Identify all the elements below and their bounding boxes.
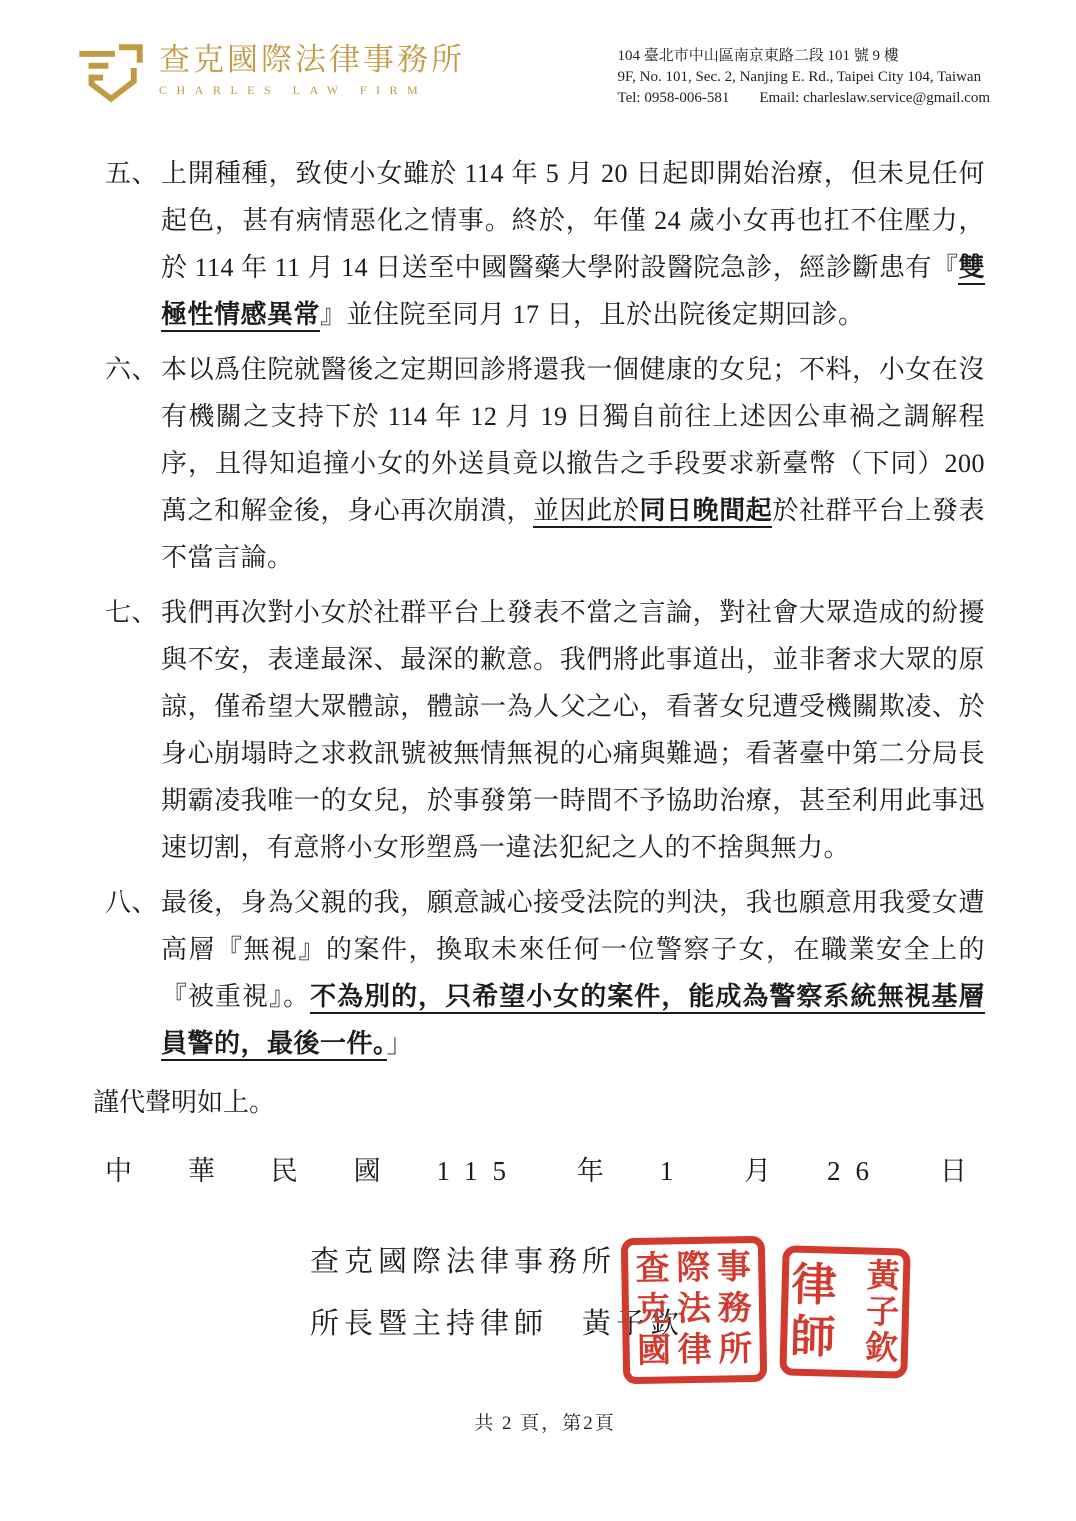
seal-character: 師 [790,1311,836,1364]
closing-statement: 謹代聲明如上。 [93,1079,985,1126]
seal-character: 欽 [865,1331,899,1368]
date-token: 日 [940,1147,967,1195]
paragraph-8: 八、最後，身為父親的我，願意誠心接受法院的判決，我也願意用我愛女遭高層『無視』的… [105,879,985,1067]
paragraph-number: 六、 [105,346,158,393]
paragraph-text: 上開種種，致使小女雖於 114 年 5 月 20 日起即開始治療，但未見任何起色… [161,159,985,332]
paragraph-text: 我們再次對小女於社群平台上發表不當之言論，對社會大眾造成的紛擾與不安，表達最深、… [161,598,985,862]
date-token: 中 [105,1147,132,1195]
firm-logo: 查克國際法律事務所 CHARLES LAW FIRM [78,42,465,106]
address-en: 9F, No. 101, Sec. 2, Nanjing E. Rd., Tai… [617,67,990,88]
text-segment: 同日晚間起 [639,496,772,528]
lawyer-seal-characters: 律師 黃子欽 [790,1257,901,1368]
firm-name-zh: 查克國際法律事務所 [159,42,465,78]
seal-character: 事 [717,1248,752,1289]
tel-email-row: Tel: 0958-006-581Email: charleslaw.servi… [617,88,990,109]
text-segment: 』並住院至同月 17 日，且於出院後定期回診。 [320,300,865,329]
seal-character: 法 [677,1290,712,1331]
date-token: 月 [744,1147,771,1195]
paragraph-text: 本以爲住院就醫後之定期回診將還我一個健康的女兒；不料，小女在沒有機關之支持下於 … [161,355,985,572]
contact-block: 104 臺北市中山區南京東路二段 101 號 9 樓 9F, No. 101, … [617,42,990,109]
date-token: 國 [354,1147,381,1195]
seal-character: 務 [717,1289,752,1330]
paragraph-5: 五、上開種種，致使小女雖於 114 年 5 月 20 日起即開始治療，但未見任何… [105,150,985,338]
text-segment: 」 [387,1029,414,1058]
lawyer-seal-right-column: 黃子欽 [865,1259,901,1368]
document-page: 查克國際法律事務所 CHARLES LAW FIRM 104 臺北市中山區南京東… [0,0,1076,1521]
roc-date-line: 中華民國115年1月26日 [105,1147,967,1195]
seal-character: 律 [791,1259,837,1312]
seal-character: 律 [677,1331,712,1372]
date-token: 民 [271,1147,298,1195]
date-token: 26 [827,1147,884,1195]
seal-character: 際 [676,1248,711,1289]
seal-character: 國 [637,1332,672,1373]
text-segment: 並因此於 [533,496,639,528]
paragraph-7: 七、我們再次對小女於社群平台上發表不當之言論，對社會大眾造成的紛擾與不安，表達最… [105,589,985,871]
seal-character: 查 [635,1249,670,1290]
date-token: 1 [660,1147,689,1195]
statement-body: 五、上開種種，致使小女雖於 114 年 5 月 20 日起即開始治療，但未見任何… [105,150,985,1435]
lawyer-seal-left-column: 律師 [790,1259,838,1364]
shield-pillar-icon [78,42,144,106]
page-number-footer: 共 2 頁，第2頁 [105,1408,985,1435]
date-token: 115 [437,1147,522,1195]
address-zh: 104 臺北市中山區南京東路二段 101 號 9 樓 [617,46,990,67]
email-address: Email: charleslaw.service@gmail.com [759,90,990,106]
paragraph-number: 五、 [105,150,158,197]
seal-character: 黃 [866,1259,900,1296]
text-segment: 上開種種，致使小女雖於 114 年 5 月 20 日起即開始治療，但未見任何起色… [161,159,985,282]
lawyer-seal-stamp: 律師 黃子欽 [779,1245,910,1378]
firm-name-block: 查克國際法律事務所 CHARLES LAW FIRM [159,42,465,97]
signature-area: 查克國際法律事務所 所長暨主持律師 黃子欽 事際查務法克所律國 律師 黃子欽 [105,1225,985,1390]
firm-seal-stamp: 事際查務法克所律國 [621,1236,768,1384]
firm-name-en: CHARLES LAW FIRM [159,83,465,97]
paragraph-6: 六、本以爲住院就醫後之定期回診將還我一個健康的女兒；不料，小女在沒有機關之支持下… [105,346,985,581]
seal-character: 子 [866,1295,900,1332]
paragraph-number: 七、 [105,589,158,636]
date-token: 華 [188,1147,215,1195]
phone-number: Tel: 0958-006-581 [617,90,729,106]
seal-character: 所 [718,1330,753,1371]
paragraph-number: 八、 [105,879,158,926]
text-segment: 我們再次對小女於社群平台上發表不當之言論，對社會大眾造成的紛擾與不安，表達最深、… [161,598,985,862]
firm-seal-characters: 事際查務法克所律國 [632,1247,756,1373]
date-token: 年 [577,1147,604,1195]
letterhead: 查克國際法律事務所 CHARLES LAW FIRM 104 臺北市中山區南京東… [78,42,990,109]
seal-character: 克 [636,1290,671,1331]
paragraph-text: 最後，身為父親的我，願意誠心接受法院的判決，我也願意用我愛女遭高層『無視』的案件… [161,888,985,1061]
